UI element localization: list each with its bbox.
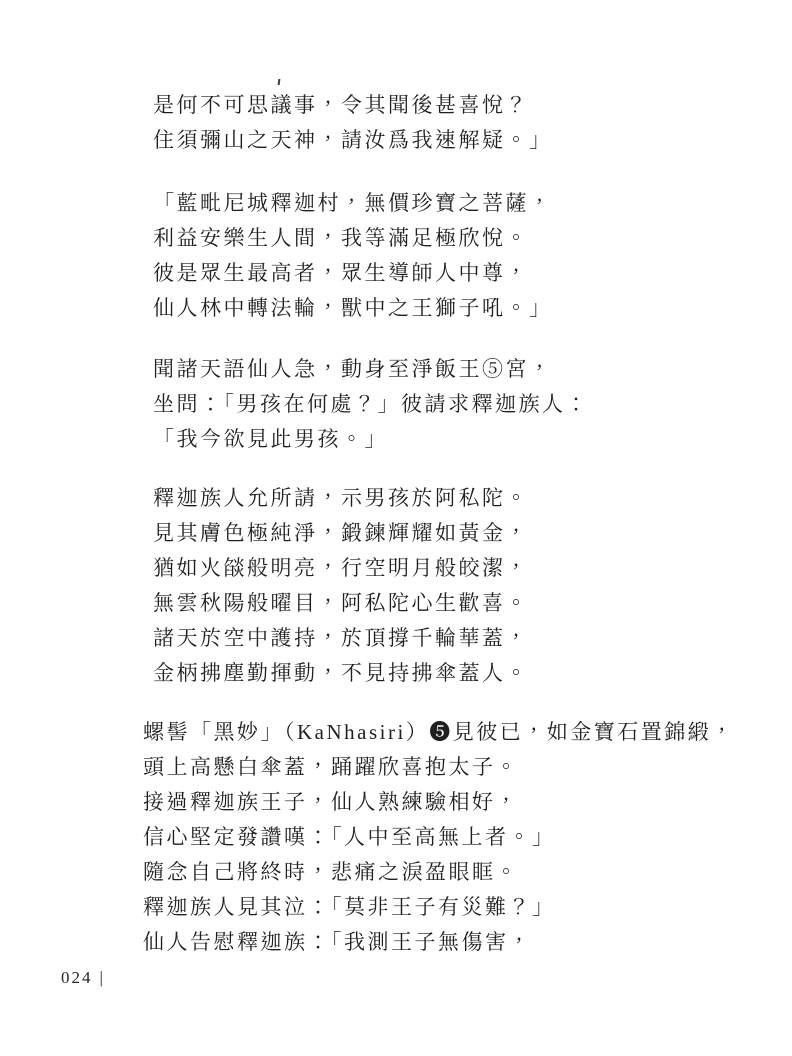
verse-line: 利益安樂生人間，我等滿足極欣悅。 — [153, 221, 735, 256]
page-number: 024 — [61, 968, 93, 987]
book-page: 是何不可思議事，令其聞後甚喜悅？ 住須彌山之天神，請汝爲我速解疑。」 「藍毗尼城… — [0, 0, 792, 1056]
verse-line: 無雲秋陽般曜目，阿私陀心生歡喜。 — [153, 586, 735, 621]
page-footer: 024| — [61, 968, 105, 988]
stanza-3: 聞諸天語仙人急，動身至淨飯王⑤宮， 坐問：「男孩在何處？」彼請求釋迦族人： 「我… — [153, 352, 735, 457]
stanza-5: 螺髻「黑妙」（KaNhasiri）❺見彼已，如金寶石置錦緞， 頭上高懸白傘蓋，踊… — [143, 715, 735, 960]
stanza-4: 釋迦族人允所請，示男孩於阿私陀。 見其膚色極純淨，鍛鍊輝耀如黃金， 猶如火燄般明… — [153, 481, 735, 691]
verse-line: 仙人告慰釋迦族：「我測王子無傷害， — [143, 925, 735, 960]
verse-line: 住須彌山之天神，請汝爲我速解疑。」 — [153, 123, 735, 158]
verse-line: 接過釋迦族王子，仙人熟練驗相好， — [143, 785, 735, 820]
verse-line: 彼是眾生最高者，眾生導師人中尊， — [153, 256, 735, 291]
verse-line: 坐問：「男孩在何處？」彼請求釋迦族人： — [153, 387, 735, 422]
verse-line: 見其膚色極純淨，鍛鍊輝耀如黃金， — [153, 516, 735, 551]
verse-line: 猶如火燄般明亮，行空明月般皎潔， — [153, 551, 735, 586]
verse-line-with-footnote-5-filled: 螺髻「黑妙」（KaNhasiri）❺見彼已，如金寶石置錦緞， — [143, 715, 735, 750]
verse-line: 仙人林中轉法輪，獸中之王獅子吼。」 — [153, 291, 735, 326]
verse-line: 釋迦族人見其泣：「莫非王子有災難？」 — [143, 890, 735, 925]
footer-separator: | — [100, 968, 105, 987]
verse-line: 是何不可思議事，令其聞後甚喜悅？ — [153, 88, 735, 123]
verse-line: 諸天於空中護持，於頂撐千輪華蓋， — [153, 621, 735, 656]
verse-line: 釋迦族人允所請，示男孩於阿私陀。 — [153, 481, 735, 516]
verse-line: 隨念自己將終時，悲痛之淚盈眼眶。 — [143, 855, 735, 890]
verse-line: 「我今欲見此男孩。」 — [153, 422, 735, 457]
stanza-2: 「藍毗尼城釋迦村，無價珍寶之菩薩， 利益安樂生人間，我等滿足極欣悅。 彼是眾生最… — [153, 186, 735, 326]
verse-line: 信心堅定發讚嘆：「人中至高無上者。」 — [143, 820, 735, 855]
verse-line-with-footnote-5: 聞諸天語仙人急，動身至淨飯王⑤宮， — [153, 352, 735, 387]
verse-line: 頭上高懸白傘蓋，踊躍欣喜抱太子。 — [143, 750, 735, 785]
stanza-1: 是何不可思議事，令其聞後甚喜悅？ 住須彌山之天神，請汝爲我速解疑。」 — [153, 88, 735, 158]
verse-line: 「藍毗尼城釋迦村，無價珍寶之菩薩， — [153, 186, 735, 221]
verse-line: 金柄拂塵勤揮動，不見持拂傘蓋人。 — [153, 656, 735, 691]
verse-content: 是何不可思議事，令其聞後甚喜悅？ 住須彌山之天神，請汝爲我速解疑。」 「藍毗尼城… — [153, 0, 735, 960]
